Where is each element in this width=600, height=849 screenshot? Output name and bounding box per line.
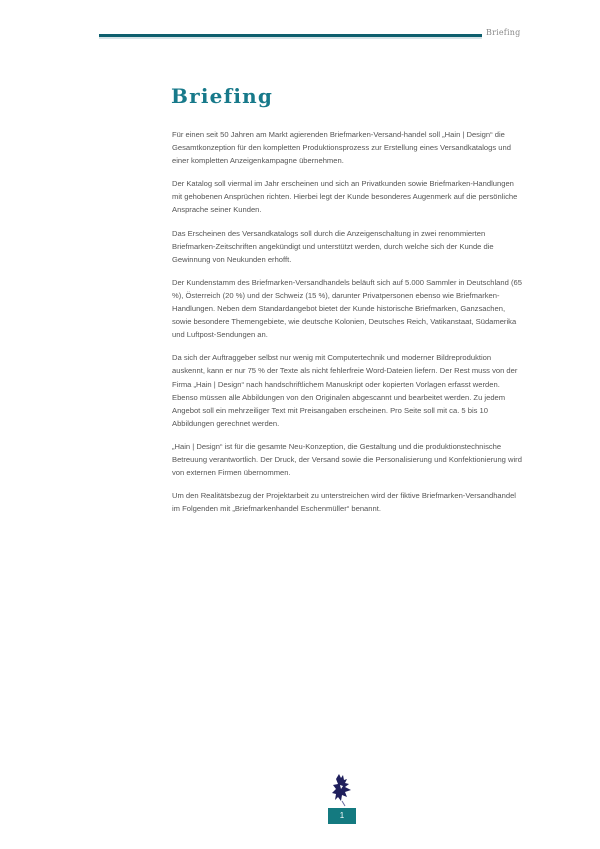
page-title: Briefing — [171, 84, 273, 108]
stamp-dealer-logo-icon — [330, 773, 356, 807]
header-rule-shadow — [99, 37, 482, 39]
body-text: Für einen seit 50 Jahren am Markt agiere… — [172, 128, 522, 525]
running-head: Briefing — [486, 28, 520, 37]
paragraph: Der Katalog soll viermal im Jahr erschei… — [172, 177, 522, 216]
paragraph: Der Kundenstamm des Briefmarken-Versandh… — [172, 276, 522, 341]
paragraph: Für einen seit 50 Jahren am Markt agiere… — [172, 128, 522, 167]
page-number: 1 — [328, 808, 356, 824]
paragraph: Das Erscheinen des Versandkatalogs soll … — [172, 227, 522, 266]
paragraph: „Hain | Design“ ist für die gesamte Neu-… — [172, 440, 522, 479]
paragraph: Um den Realitätsbezug der Projektarbeit … — [172, 489, 522, 515]
paragraph: Da sich der Auftraggeber selbst nur weni… — [172, 351, 522, 430]
